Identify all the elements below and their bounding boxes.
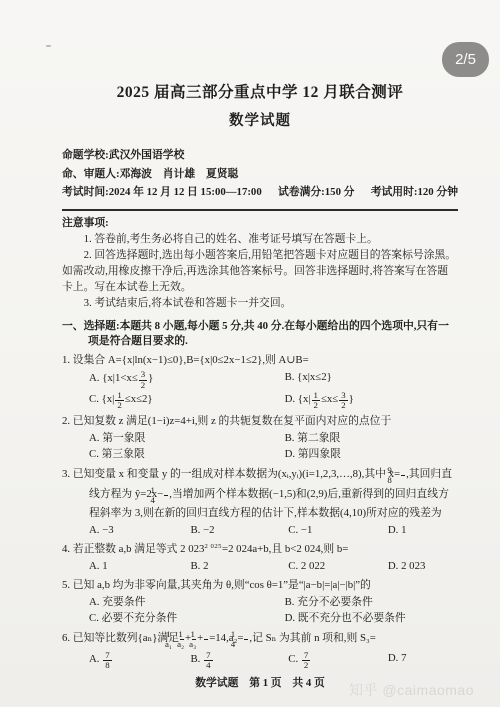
question-2-option-d: D. 第四象限 [285,447,458,463]
question-1-options: A. {x|1<x≤32} B. {x|x≤2} C. {x|12≤x≤2} D… [62,370,458,410]
meta-exam-time: 考试时间:2024 年 12 月 12 日 15:00—17:00 [62,183,262,202]
question-2-option-a: A. 第一象限 [89,431,285,447]
question-1: 1. 设集合 A={x|ln(x−1)≤0},B={x|0≤2x−1≤2},则 … [62,353,458,410]
question-5-stem: 5. 已知 a,b 均为非零向量,其夹角为 θ,则“cos θ=1”是“|a−b… [62,578,458,594]
question-4: 4. 若正整数 a,b 满足等式 2 0232 025=2 024a+b,且 b… [62,542,458,575]
notice-heading: 注意事项: [62,216,458,232]
question-1-option-d: D. {x|12≤x≤32} [285,391,458,411]
question-5-option-a: A. 充要条件 [89,595,285,611]
zhihu-watermark: 知乎 @caimaomao [349,680,474,700]
meta-duration: 考试用时:120 分钟 [371,183,458,202]
question-4-stem: 4. 若正整数 a,b 满足等式 2 0232 025=2 024a+b,且 b… [62,542,458,558]
notice-item-3: 3. 考试结束后,将本试卷和答题卡一并交回。 [62,296,458,312]
page-counter-text: 2/5 [455,51,476,68]
exam-paper-photo: 2/5 2025 届高三部分重点中学 12 月联合测评 数学试题 命题学校:武汉… [0,0,500,707]
question-6-stem: 6. 已知等比数列{aₙ}满足1a₁+1a₂+1a₃=14,a₂=14,记 Sₙ… [62,630,458,650]
question-2: 2. 已知复数 z 满足(1−i)z=4+i,则 z 的共轭复数在复平面内对应的… [62,414,458,463]
question-4-option-a: A. 1 [89,559,190,575]
photo-artifact-mark [46,45,51,47]
exam-meta: 命题学校:武汉外国语学校 命、审题人:邓海波 肖计雄 夏贤聪 考试时间:2024… [62,146,458,202]
horizontal-rule [62,209,458,211]
question-6: 6. 已知等比数列{aₙ}满足1a₁+1a₂+1a₃=14,a₂=14,记 Sₙ… [62,630,458,671]
question-4-option-b: B. 2 [190,559,288,575]
exam-title: 2025 届高三部分重点中学 12 月联合测评 [62,80,458,102]
question-2-option-b: B. 第二象限 [285,431,458,447]
question-4-options: A. 1 B. 2 C. 2 022 D. 2 023 [62,559,458,575]
question-3-option-a: A. −3 [89,523,190,539]
question-3-option-b: B. −2 [190,523,288,539]
question-6-option-c: C. 72 [288,651,388,671]
notice-item-2: 2. 回答选择题时,选出每小题答案后,用铅笔把答题卡对应题目的答案标号涂黑。如需… [62,248,458,296]
question-5-option-b: B. 充分不必要条件 [285,595,458,611]
paper-body: 注意事项: 1. 答卷前,考生务必将自己的姓名、准考证号填写在答题卡上。 2. … [62,216,458,692]
notice-item-1: 1. 答卷前,考生务必将自己的姓名、准考证号填写在答题卡上。 [62,232,458,248]
meta-row: 考试时间:2024 年 12 月 12 日 15:00—17:00 试卷满分:1… [62,183,458,202]
question-3: 3. 已知变量 x 和变量 y 的一组成对样本数据为(xᵢ,yᵢ)(i=1,2,… [62,466,458,539]
question-1-option-b: B. {x|x≤2} [285,370,458,390]
question-1-stem: 1. 设集合 A={x|ln(x−1)≤0},B={x|0≤2x−1≤2},则 … [62,353,458,369]
meta-full-score: 试卷满分:150 分 [278,183,354,202]
section1-heading: 一、选择题:本题共 8 小题,每小题 5 分,共 40 分.在每小题给出的四个选… [62,319,458,351]
question-5-option-c: C. 必要不充分条件 [89,611,285,627]
question-5: 5. 已知 a,b 均为非零向量,其夹角为 θ,则“cos θ=1”是“|a−b… [62,578,458,627]
question-3-option-d: D. 1 [388,523,458,539]
question-3-option-c: C. −1 [288,523,388,539]
question-6-option-a: A. 78 [89,651,190,671]
page-counter-badge: 2/5 [442,42,489,77]
question-1-option-a: A. {x|1<x≤32} [89,370,285,390]
meta-authors: 命、审题人:邓海波 肖计雄 夏贤聪 [62,165,458,184]
exam-subtitle: 数学试题 [62,109,458,130]
question-5-option-d: D. 既不充分也不必要条件 [285,611,458,627]
question-6-option-d: D. 7 [388,651,458,671]
question-3-stem: 3. 已知变量 x 和变量 y 的一组成对样本数据为(xᵢ,yᵢ)(i=1,2,… [62,466,458,522]
question-6-option-b: B. 74 [190,651,288,671]
meta-school: 命题学校:武汉外国语学校 [62,146,458,165]
question-2-options: A. 第一象限 B. 第二象限 C. 第三象限 D. 第四象限 [62,431,458,463]
question-2-stem: 2. 已知复数 z 满足(1−i)z=4+i,则 z 的共轭复数在复平面内对应的… [62,414,458,430]
question-2-option-c: C. 第三象限 [89,447,285,463]
question-4-option-d: D. 2 023 [388,559,458,575]
question-1-option-c: C. {x|12≤x≤2} [89,391,285,411]
question-3-options: A. −3 B. −2 C. −1 D. 1 [62,523,458,539]
question-6-options: A. 78 B. 74 C. 72 D. 7 [62,651,458,671]
question-4-option-c: C. 2 022 [288,559,388,575]
paper-content: 2025 届高三部分重点中学 12 月联合测评 数学试题 命题学校:武汉外国语学… [0,0,500,692]
question-5-options: A. 充要条件 B. 充分不必要条件 C. 必要不充分条件 D. 既不充分也不必… [62,595,458,627]
